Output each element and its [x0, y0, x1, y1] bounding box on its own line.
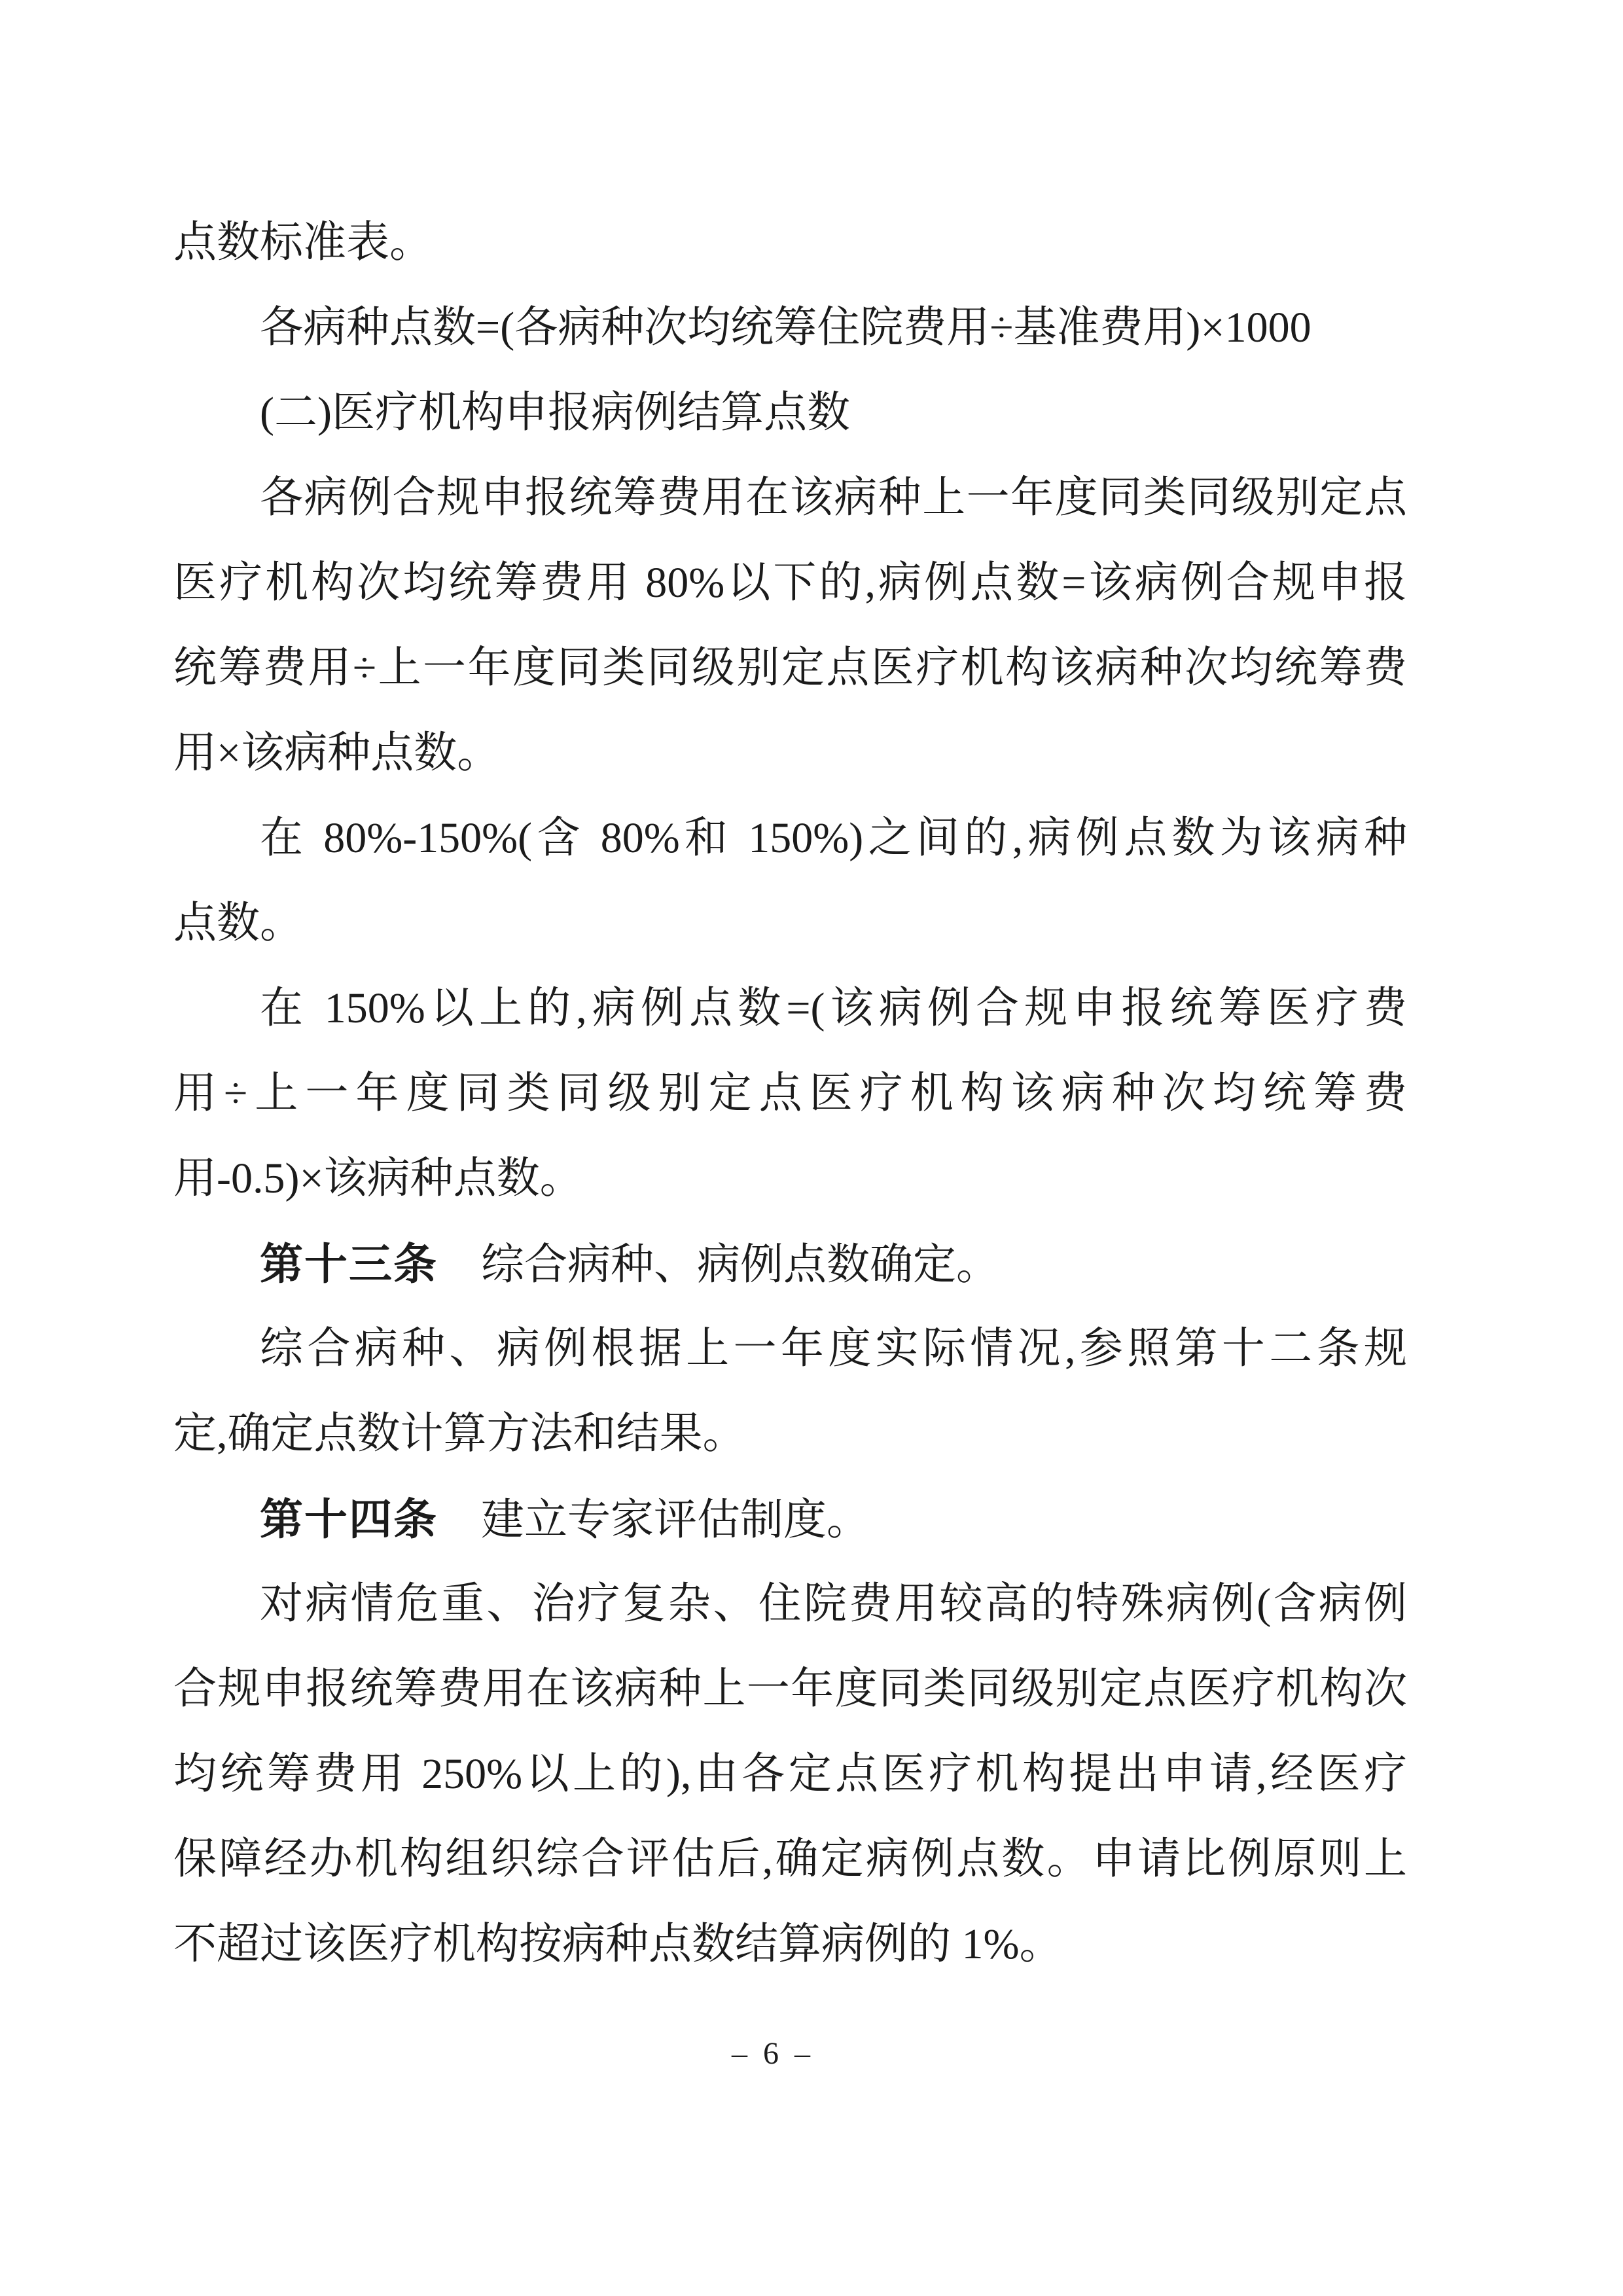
article-number: 第十三条 — [260, 1240, 438, 1288]
line-text: 在 80%-150%(含 80%和 150%)之间的,病例点数为该病种 — [260, 814, 1407, 862]
line-text: 综合病种、病例根据上一年度实际情况,参照第十二条规 — [260, 1325, 1407, 1372]
text-line: 统筹费用÷上一年度同类同级别定点医疗机构该病种次均统筹费 — [173, 626, 1407, 711]
line-text: 用-0.5)×该病种点数。 — [173, 1155, 583, 1202]
text-line: 均统筹费用 250%以上的),由各定点医疗机构提出申请,经医疗 — [173, 1732, 1407, 1817]
page-footer: – 6 – — [0, 2034, 1623, 2073]
line-text: 点数标准表。 — [173, 219, 433, 266]
line-text: 各病种点数=(各病种次均统筹住院费用÷基准费用)×1000 — [260, 304, 1311, 351]
text-line: 综合病种、病例根据上一年度实际情况,参照第十二条规 — [173, 1306, 1407, 1391]
text-line: 用÷上一年度同类同级别定点医疗机构该病种次均统筹费 — [173, 1051, 1407, 1136]
text-line: 保障经办机构组织综合评估后,确定病例点数。申请比例原则上 — [173, 1817, 1407, 1902]
text-line: 各病种点数=(各病种次均统筹住院费用÷基准费用)×1000 — [173, 285, 1407, 370]
line-text: 在 150%以上的,病例点数=(该病例合规申报统筹医疗费 — [260, 984, 1407, 1032]
line-text: 各病例合规申报统筹费用在该病种上一年度同类同级别定点 — [260, 474, 1407, 522]
line-text: 保障经办机构组织综合评估后,确定病例点数。申请比例原则上 — [173, 1835, 1407, 1883]
line-text: 对病情危重、治疗复杂、住院费用较高的特殊病例(含病例 — [260, 1580, 1407, 1628]
line-text: 合规申报统筹费用在该病种上一年度同类同级别定点医疗机构次 — [173, 1665, 1407, 1713]
line-text: (二)医疗机构申报病例结算点数 — [260, 389, 850, 437]
text-line: 用×该病种点数。 — [173, 711, 1407, 796]
line-text: 综合病种、病例点数确定。 — [481, 1241, 999, 1289]
line-text: 用×该病种点数。 — [173, 729, 500, 777]
text-line: 各病例合规申报统筹费用在该病种上一年度同类同级别定点 — [173, 456, 1407, 541]
text-line: 在 150%以上的,病例点数=(该病例合规申报统筹医疗费 — [173, 966, 1407, 1051]
text-line: 点数标准表。 — [173, 200, 1407, 285]
text-line: 点数。 — [173, 881, 1407, 966]
line-text: 用÷上一年度同类同级别定点医疗机构该病种次均统筹费 — [173, 1069, 1407, 1117]
line-text: 不超过该医疗机构按病种点数结算病例的 1%。 — [173, 1920, 1062, 1968]
document-body: 点数标准表。各病种点数=(各病种次均统筹住院费用÷基准费用)×1000(二)医疗… — [173, 200, 1407, 1987]
text-line: (二)医疗机构申报病例结算点数 — [173, 370, 1407, 456]
line-text: 定,确定点数计算方法和结果。 — [173, 1410, 746, 1458]
text-line: 用-0.5)×该病种点数。 — [173, 1136, 1407, 1221]
line-text: 均统筹费用 250%以上的),由各定点医疗机构提出申请,经医疗 — [173, 1750, 1407, 1798]
text-line: 合规申报统筹费用在该病种上一年度同类同级别定点医疗机构次 — [173, 1647, 1407, 1732]
page-number: – 6 – — [732, 2034, 814, 2073]
line-text: 医疗机构次均统筹费用 80%以下的,病例点数=该病例合规申报 — [173, 559, 1407, 607]
article-number: 第十四条 — [260, 1495, 438, 1543]
document-page: 点数标准表。各病种点数=(各病种次均统筹住院费用÷基准费用)×1000(二)医疗… — [0, 0, 1623, 2296]
line-text: 点数。 — [173, 899, 303, 947]
text-line: 在 80%-150%(含 80%和 150%)之间的,病例点数为该病种 — [173, 796, 1407, 881]
text-line: 第十三条综合病种、病例点数确定。 — [173, 1221, 1407, 1306]
text-line: 第十四条建立专家评估制度。 — [173, 1477, 1407, 1562]
text-line: 定,确定点数计算方法和结果。 — [173, 1391, 1407, 1477]
text-line: 对病情危重、治疗复杂、住院费用较高的特殊病例(含病例 — [173, 1562, 1407, 1647]
text-line: 不超过该医疗机构按病种点数结算病例的 1%。 — [173, 1902, 1407, 1987]
line-text: 统筹费用÷上一年度同类同级别定点医疗机构该病种次均统筹费 — [173, 644, 1407, 692]
text-line: 医疗机构次均统筹费用 80%以下的,病例点数=该病例合规申报 — [173, 541, 1407, 626]
line-text: 建立专家评估制度。 — [481, 1496, 870, 1544]
